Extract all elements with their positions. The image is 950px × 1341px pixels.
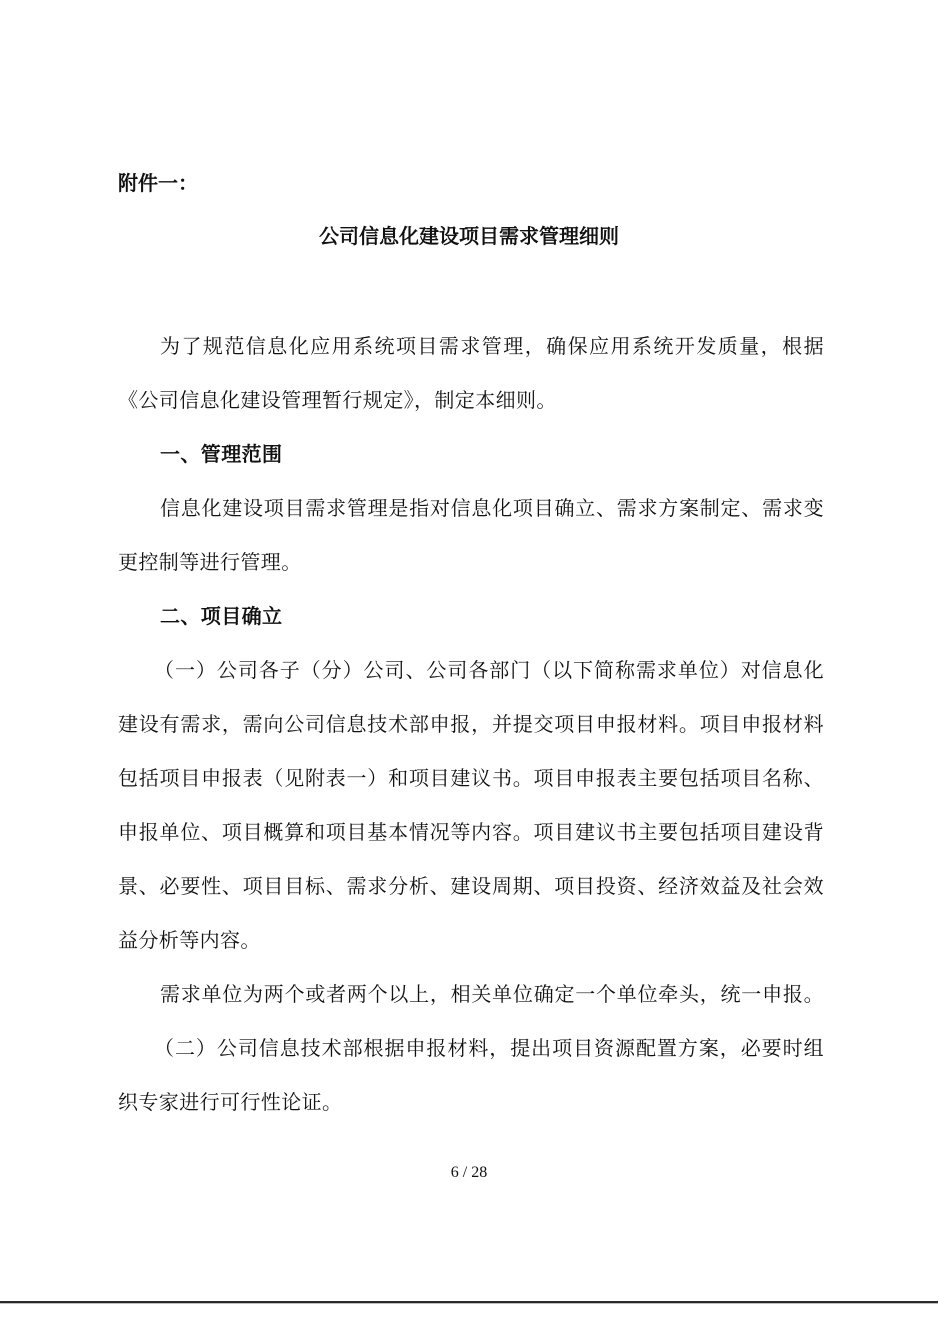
section-heading-project-establishment: 二、项目确立 (118, 600, 824, 654)
paragraph-line: 《公司信息化建设管理暂行规定》，制定本细则。 (118, 384, 824, 438)
paragraph-line: 织专家进行可行性论证。 (118, 1086, 824, 1140)
attachment-label: 附件一： (118, 170, 198, 196)
section-heading-management-scope: 一、管理范围 (118, 438, 824, 492)
paragraph-line: 益分析等内容。 (118, 924, 824, 978)
document-body: 为了规范信息化应用系统项目需求管理，确保应用系统开发质量，根据 《公司信息化建设… (118, 330, 824, 1140)
paragraph-line: 申报单位、项目概算和项目基本情况等内容。项目建议书主要包括项目建设背 (118, 816, 824, 870)
page-number: 6 / 28 (0, 1163, 938, 1183)
paragraph-line: 景、必要性、项目目标、需求分析、建设周期、项目投资、经济效益及社会效 (118, 870, 824, 924)
paragraph-line: （一）公司各子（分）公司、公司各部门（以下简称需求单位）对信息化 (118, 654, 824, 708)
paragraph-line: 包括项目申报表（见附表一）和项目建议书。项目申报表主要包括项目名称、 (118, 762, 824, 816)
paragraph-line: 更控制等进行管理。 (118, 546, 824, 600)
paragraph-line: 为了规范信息化应用系统项目需求管理，确保应用系统开发质量，根据 (118, 330, 824, 384)
paragraph-line: 建设有需求，需向公司信息技术部申报，并提交项目申报材料。项目申报材料 (118, 708, 824, 762)
document-title: 公司信息化建设项目需求管理细则 (0, 222, 938, 250)
document-page: 附件一： 公司信息化建设项目需求管理细则 为了规范信息化应用系统项目需求管理，确… (0, 0, 950, 1341)
paragraph-line: 信息化建设项目需求管理是指对信息化项目确立、需求方案制定、需求变 (118, 492, 824, 546)
paragraph-line: （二）公司信息技术部根据申报材料，提出项目资源配置方案，必要时组 (118, 1032, 824, 1086)
paragraph-line: 需求单位为两个或者两个以上，相关单位确定一个单位牵头，统一申报。 (118, 978, 824, 1032)
page-separator-line (0, 1301, 938, 1304)
